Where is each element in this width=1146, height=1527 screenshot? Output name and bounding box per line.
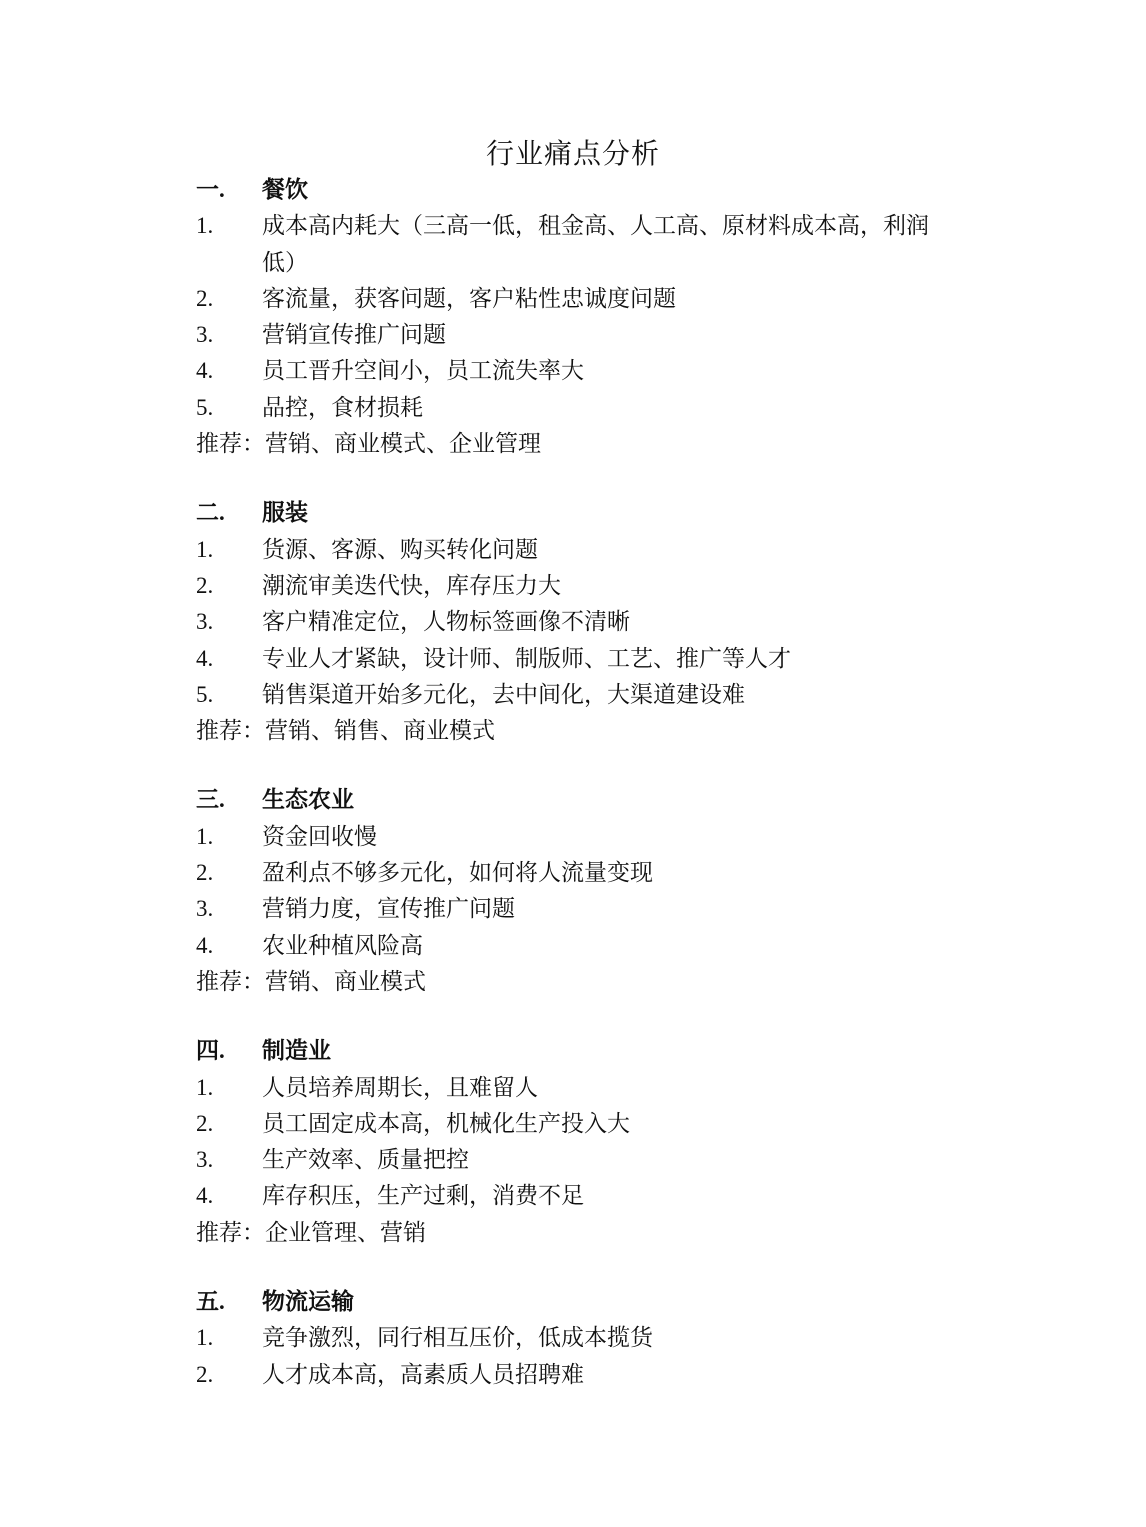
item-text: 专业人才紧缺，设计师、制版师、工艺、推广等人才: [262, 641, 962, 677]
item-number: 4.: [196, 1178, 262, 1214]
document-page: 行业痛点分析 一. 餐饮 1. 成本高内耗大（三高一低，租金高、人工高、原材料成…: [0, 0, 1146, 1527]
list-item: 4. 员工晋升空间小，员工流失率大: [196, 353, 976, 389]
item-text: 资金回收慢: [262, 819, 962, 855]
item-number: 3.: [196, 317, 262, 353]
list-item: 3. 客户精准定位，人物标签画像不清晰: [196, 604, 976, 640]
list-item: 3. 营销力度，宣传推广问题: [196, 891, 976, 927]
item-text: 员工晋升空间小，员工流失率大: [262, 353, 962, 389]
list-item: 1. 竞争激烈，同行相互压价，低成本揽货: [196, 1320, 976, 1356]
recommendation-text: 企业管理、营销: [265, 1220, 426, 1246]
document-title: 行业痛点分析: [0, 134, 1146, 174]
item-number: 1.: [196, 208, 262, 281]
list-item: 1. 人员培养周期长，且难留人: [196, 1070, 976, 1106]
list-item: 2. 员工固定成本高，机械化生产投入大: [196, 1106, 976, 1142]
item-text: 员工固定成本高，机械化生产投入大: [262, 1106, 962, 1142]
item-number: 5.: [196, 390, 262, 426]
item-number: 3.: [196, 891, 262, 927]
item-text: 人才成本高，高素质人员招聘难: [262, 1357, 962, 1393]
recommendation: 推荐：营销、商业模式、企业管理: [196, 426, 976, 462]
item-text: 盈利点不够多元化，如何将人流量变现: [262, 855, 962, 891]
section-number: 二.: [196, 495, 262, 531]
item-text: 农业种植风险高: [262, 928, 962, 964]
item-text: 营销力度，宣传推广问题: [262, 891, 962, 927]
section-spacer: [196, 1000, 976, 1033]
section-title: 生态农业: [262, 782, 962, 818]
section-logistics: 五. 物流运输 1. 竞争激烈，同行相互压价，低成本揽货 2. 人才成本高，高素…: [196, 1284, 976, 1393]
section-heading: 二. 服装: [196, 495, 976, 531]
list-item: 5. 品控，食材损耗: [196, 390, 976, 426]
list-item: 2. 盈利点不够多元化，如何将人流量变现: [196, 855, 976, 891]
item-number: 2.: [196, 855, 262, 891]
item-number: 1.: [196, 1070, 262, 1106]
section-manufacturing: 四. 制造业 1. 人员培养周期长，且难留人 2. 员工固定成本高，机械化生产投…: [196, 1033, 976, 1251]
list-item: 2. 人才成本高，高素质人员招聘难: [196, 1357, 976, 1393]
recommendation: 推荐：营销、商业模式: [196, 964, 976, 1000]
recommendation: 推荐：营销、销售、商业模式: [196, 713, 976, 749]
section-spacer: [196, 1251, 976, 1284]
item-number: 1.: [196, 532, 262, 568]
list-item: 3. 生产效率、质量把控: [196, 1142, 976, 1178]
recommendation: 推荐：企业管理、营销: [196, 1215, 976, 1251]
item-number: 1.: [196, 819, 262, 855]
item-number: 2.: [196, 1106, 262, 1142]
item-number: 2.: [196, 281, 262, 317]
section-eco-agriculture: 三. 生态农业 1. 资金回收慢 2. 盈利点不够多元化，如何将人流量变现 3.…: [196, 782, 976, 1000]
item-text: 客流量，获客问题，客户粘性忠诚度问题: [262, 281, 962, 317]
recommendation-label: 推荐：: [196, 718, 265, 744]
section-catering: 一. 餐饮 1. 成本高内耗大（三高一低，租金高、人工高、原材料成本高，利润低）…: [196, 172, 976, 462]
section-title: 餐饮: [262, 172, 962, 208]
list-item: 3. 营销宣传推广问题: [196, 317, 976, 353]
item-text: 成本高内耗大（三高一低，租金高、人工高、原材料成本高，利润低）: [262, 208, 962, 281]
section-title: 物流运输: [262, 1284, 962, 1320]
item-number: 3.: [196, 604, 262, 640]
section-number: 三.: [196, 782, 262, 818]
section-number: 一.: [196, 172, 262, 208]
list-item: 4. 农业种植风险高: [196, 928, 976, 964]
item-text: 营销宣传推广问题: [262, 317, 962, 353]
list-item: 4. 专业人才紧缺，设计师、制版师、工艺、推广等人才: [196, 641, 976, 677]
item-text: 品控，食材损耗: [262, 390, 962, 426]
item-number: 2.: [196, 568, 262, 604]
item-text: 客户精准定位，人物标签画像不清晰: [262, 604, 962, 640]
section-spacer: [196, 749, 976, 782]
list-item: 5. 销售渠道开始多元化，去中间化，大渠道建设难: [196, 677, 976, 713]
item-text: 竞争激烈，同行相互压价，低成本揽货: [262, 1320, 962, 1356]
item-text: 生产效率、质量把控: [262, 1142, 962, 1178]
list-item: 4. 库存积压，生产过剩，消费不足: [196, 1178, 976, 1214]
item-text: 人员培养周期长，且难留人: [262, 1070, 962, 1106]
item-number: 3.: [196, 1142, 262, 1178]
section-title: 服装: [262, 495, 962, 531]
list-item: 2. 潮流审美迭代快，库存压力大: [196, 568, 976, 604]
item-number: 4.: [196, 641, 262, 677]
item-number: 4.: [196, 928, 262, 964]
section-heading: 一. 餐饮: [196, 172, 976, 208]
item-number: 4.: [196, 353, 262, 389]
list-item: 1. 资金回收慢: [196, 819, 976, 855]
item-text: 货源、客源、购买转化问题: [262, 532, 962, 568]
document-body: 一. 餐饮 1. 成本高内耗大（三高一低，租金高、人工高、原材料成本高，利润低）…: [196, 172, 976, 1393]
section-heading: 四. 制造业: [196, 1033, 976, 1069]
item-text: 库存积压，生产过剩，消费不足: [262, 1178, 962, 1214]
item-number: 2.: [196, 1357, 262, 1393]
item-text: 销售渠道开始多元化，去中间化，大渠道建设难: [262, 677, 962, 713]
item-text: 潮流审美迭代快，库存压力大: [262, 568, 962, 604]
recommendation-text: 营销、商业模式: [265, 969, 426, 995]
section-heading: 三. 生态农业: [196, 782, 976, 818]
recommendation-label: 推荐：: [196, 431, 265, 457]
recommendation-text: 营销、销售、商业模式: [265, 718, 495, 744]
recommendation-label: 推荐：: [196, 1220, 265, 1246]
section-apparel: 二. 服装 1. 货源、客源、购买转化问题 2. 潮流审美迭代快，库存压力大 3…: [196, 495, 976, 749]
list-item: 1. 成本高内耗大（三高一低，租金高、人工高、原材料成本高，利润低）: [196, 208, 976, 281]
section-spacer: [196, 462, 976, 495]
section-number: 五.: [196, 1284, 262, 1320]
recommendation-text: 营销、商业模式、企业管理: [265, 431, 541, 457]
recommendation-label: 推荐：: [196, 969, 265, 995]
list-item: 2. 客流量，获客问题，客户粘性忠诚度问题: [196, 281, 976, 317]
section-heading: 五. 物流运输: [196, 1284, 976, 1320]
list-item: 1. 货源、客源、购买转化问题: [196, 532, 976, 568]
item-number: 5.: [196, 677, 262, 713]
section-title: 制造业: [262, 1033, 962, 1069]
item-number: 1.: [196, 1320, 262, 1356]
section-number: 四.: [196, 1033, 262, 1069]
